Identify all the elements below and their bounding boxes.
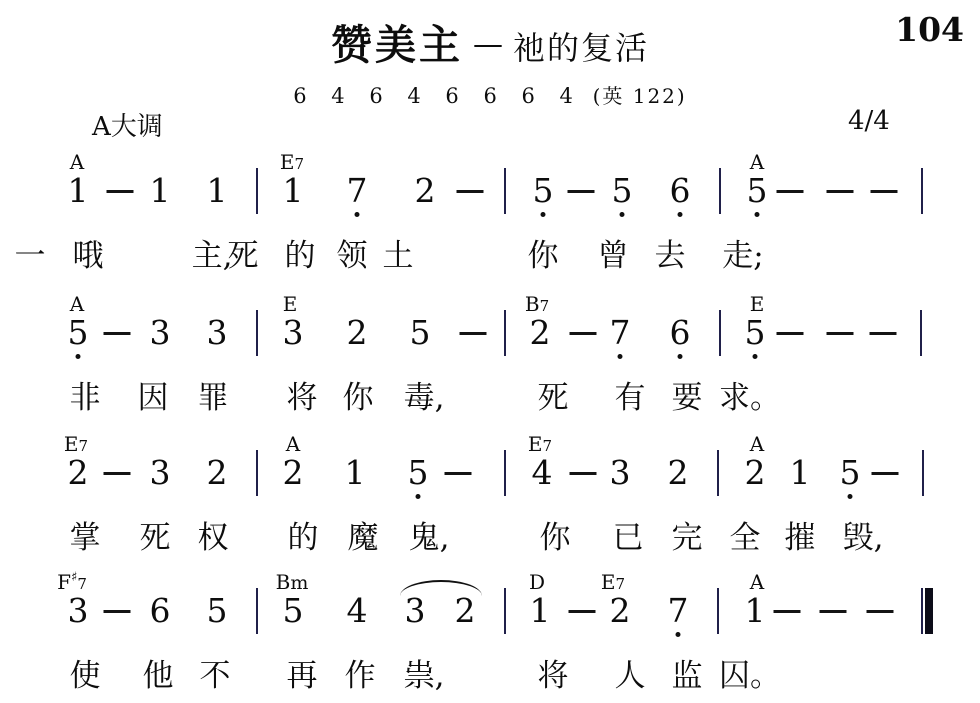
lyric-char: 死 (140, 512, 171, 557)
note-digit: 1 (68, 174, 89, 207)
meter-reference: (英 122) (593, 84, 687, 108)
note-digit: 2 (668, 456, 689, 489)
sustain-dash (870, 332, 897, 335)
sustain-dash (104, 472, 131, 475)
page-title: 赞美主—祂的复活 (0, 12, 980, 71)
title-dash: — (473, 27, 503, 62)
barline (717, 450, 719, 496)
note-digit: 5 (745, 316, 766, 349)
note-digit: 7 (610, 316, 631, 349)
lyric-char: 哦 (73, 230, 104, 275)
lyric-char: 你 (540, 512, 571, 557)
key-signature: A大调 (92, 106, 163, 143)
lyric-char: 你 (528, 230, 559, 275)
lyric-char: 的 (285, 230, 316, 275)
music-system-4: F♯7BmDE7A36554321271使他不再作祟,将人监囚。 (0, 570, 980, 702)
octave-dot (618, 354, 623, 359)
sustain-dash (460, 332, 487, 335)
lyric-char: 毒, (404, 372, 445, 417)
lyric-char: 囚。 (719, 650, 781, 695)
lyric-char: 再 (287, 650, 318, 695)
note-digit: 2 (347, 316, 368, 349)
note-digit: 2 (283, 456, 304, 489)
barline (504, 168, 506, 214)
lyric-char: 不 (200, 650, 231, 695)
note-digit: 5 (410, 316, 431, 349)
lyric-char: 罪 (198, 372, 229, 417)
lyric-char: 魔 (348, 512, 379, 557)
note-digit: 3 (150, 456, 171, 489)
note-digit: 5 (207, 594, 228, 627)
note-digit: 3 (283, 316, 304, 349)
note-digit: 5 (747, 174, 768, 207)
lyric-char: 摧 (785, 512, 816, 557)
note-digit: 5 (408, 456, 429, 489)
note-digit: 2 (745, 456, 766, 489)
sustain-dash (107, 190, 134, 193)
lyric-char: 作 (345, 650, 376, 695)
lyric-char: 他 (143, 650, 174, 695)
barline (256, 450, 258, 496)
octave-dot (355, 212, 360, 217)
lyric-char: 去 (655, 230, 686, 275)
note-digit: 3 (405, 594, 426, 627)
lyric-char: 人 (615, 650, 646, 695)
note-digit: 2 (207, 456, 228, 489)
sustain-dash (445, 472, 472, 475)
final-barline-thin (921, 588, 923, 634)
sustain-dash (777, 332, 804, 335)
lyric-char: 祟, (404, 650, 445, 695)
lyric-char: 主, (192, 230, 233, 275)
sustain-dash (104, 332, 131, 335)
title-main: 赞美主 (331, 21, 463, 69)
note-digit: 2 (455, 594, 476, 627)
lyric-char: 走; (722, 230, 763, 275)
octave-dot (848, 494, 853, 499)
music-system-1: AE7A1111725565一哦主,死的领土你曾去走; (0, 150, 980, 282)
barline (256, 168, 258, 214)
note-digit: 6 (670, 316, 691, 349)
lyric-char: 死 (538, 372, 569, 417)
octave-dot (541, 212, 546, 217)
barline (922, 450, 924, 496)
barline (504, 450, 506, 496)
note-digit: 5 (533, 174, 554, 207)
sustain-dash (872, 472, 899, 475)
note-digit: 1 (345, 456, 366, 489)
lyric-char: 死 (228, 230, 259, 275)
note-digit: 1 (207, 174, 228, 207)
lyric-char: 曾 (598, 230, 629, 275)
barline (921, 168, 923, 214)
music-system-2: AEB7E5333252765非因罪将你毒,死有要求。 (0, 292, 980, 424)
octave-dot (678, 212, 683, 217)
meter-numbers: 6 4 6 4 6 6 6 4 (293, 84, 582, 108)
lyric-char: 要 (672, 372, 703, 417)
octave-dot (676, 632, 681, 637)
note-digit: 2 (530, 316, 551, 349)
note-digit: 3 (207, 316, 228, 349)
barline (719, 168, 721, 214)
sustain-dash (570, 472, 597, 475)
note-digit: 3 (610, 456, 631, 489)
barline (920, 310, 922, 356)
barline (504, 588, 506, 634)
barline (719, 310, 721, 356)
octave-dot (678, 354, 683, 359)
octave-dot (753, 354, 758, 359)
lyric-char: 掌 (70, 512, 101, 557)
lyric-char: 监 (672, 650, 703, 695)
note-digit: 6 (150, 594, 171, 627)
sustain-dash (827, 190, 854, 193)
sustain-dash (867, 610, 894, 613)
note-digit: 2 (68, 456, 89, 489)
sustain-dash (104, 610, 131, 613)
note-digit: 1 (150, 174, 171, 207)
sustain-dash (871, 190, 898, 193)
lyric-char: 领 (337, 230, 368, 275)
note-digit: 1 (790, 456, 811, 489)
sustain-dash (820, 610, 847, 613)
note-digit: 5 (612, 174, 633, 207)
octave-dot (416, 494, 421, 499)
lyric-char: 非 (70, 372, 101, 417)
lyric-char: 已 (613, 512, 644, 557)
lyric-char: 完 (672, 512, 703, 557)
note-digit: 5 (283, 594, 304, 627)
note-digit: 2 (415, 174, 436, 207)
note-digit: 5 (68, 316, 89, 349)
final-barline-thick (925, 588, 933, 634)
sustain-dash (457, 190, 484, 193)
barline (256, 310, 258, 356)
note-digit: 1 (745, 594, 766, 627)
sustain-dash (568, 190, 595, 193)
lyric-char: 鬼, (409, 512, 450, 557)
lyric-char: 权 (198, 512, 229, 557)
note-digit: 4 (347, 594, 368, 627)
lyric-char: 因 (138, 372, 169, 417)
octave-dot (76, 354, 81, 359)
barline (504, 310, 506, 356)
lyric-char: 土 (383, 230, 414, 275)
barline (717, 588, 719, 634)
sustain-dash (827, 332, 854, 335)
lyric-char: 求。 (719, 372, 781, 417)
meter-line: 6 4 6 4 6 6 6 4 (英 122) (0, 80, 980, 109)
music-system-3: E7AE7A232215432215掌死权的魔鬼,你已完全摧毁, (0, 432, 980, 564)
note-digit: 3 (150, 316, 171, 349)
sharp-icon: ♯ (71, 570, 77, 585)
lyric-char: 全 (730, 512, 761, 557)
note-digit: 1 (283, 174, 304, 207)
sustain-dash (569, 610, 596, 613)
lyric-char: 有 (615, 372, 646, 417)
title-subtitle: 祂的复活 (513, 29, 649, 67)
lyric-char: 将 (538, 650, 569, 695)
sustain-dash (777, 190, 804, 193)
lyric-char: 的 (288, 512, 319, 557)
lyric-char: 将 (287, 372, 318, 417)
sustain-dash (774, 610, 801, 613)
lyric-char: 使 (70, 650, 101, 695)
lyric-char: 一 (15, 230, 46, 275)
octave-dot (620, 212, 625, 217)
note-digit: 7 (668, 594, 689, 627)
lyric-char: 毁, (843, 512, 884, 557)
lyric-char: 你 (343, 372, 374, 417)
note-digit: 7 (347, 174, 368, 207)
octave-dot (755, 212, 760, 217)
sustain-dash (570, 332, 597, 335)
note-digit: 1 (530, 594, 551, 627)
note-digit: 5 (840, 456, 861, 489)
note-digit: 3 (68, 594, 89, 627)
barline (256, 588, 258, 634)
note-digit: 2 (610, 594, 631, 627)
time-signature: 4/4 (848, 106, 890, 136)
note-digit: 4 (532, 456, 553, 489)
slur-arc (400, 580, 482, 596)
note-digit: 6 (670, 174, 691, 207)
hymn-sheet-page: 104 赞美主—祂的复活 6 4 6 4 6 6 6 4 (英 122) A大调… (0, 0, 980, 703)
